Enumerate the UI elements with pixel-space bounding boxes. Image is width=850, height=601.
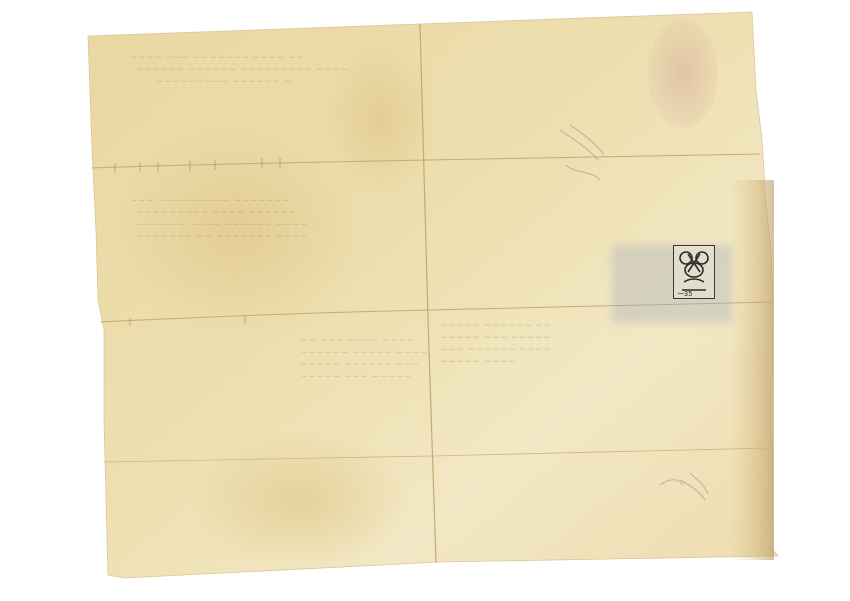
bleed-through-text-right: ~~~~~ ~~~~~~ ~~ ~~~~~ ~~~ ~~~~~ ~~~ ~~~~… — [440, 320, 551, 368]
bleed-through-text-left-mid: ~~~ ~~~~~~~~~ ~~~~~~~ ~~~~~~~~~ ~~~~ ~~~… — [130, 195, 308, 243]
bleed-through-text-left-top: ~~~~ ~~~ ~~~~~~~ ~~~~ ~~ ~~~~~~ ~~~~~~ ~… — [130, 52, 348, 88]
parchment-document: ꟷ35 ~~~~ ~~~ ~~~~~~~ ~~~~ ~~ ~~~~~~ ~~~~… — [0, 0, 850, 601]
svg-text:ꟷ35: ꟷ35 — [678, 290, 693, 298]
bleed-through-text-left-low: ~~ ~~~ ~~~~ ~~~~ ~~~~~~ ~~~~~ ~~~~ ~~~~~… — [300, 335, 427, 383]
wax-seal-stain — [648, 18, 718, 128]
revenue-stamp-icon: ꟷ35 — [673, 245, 715, 299]
